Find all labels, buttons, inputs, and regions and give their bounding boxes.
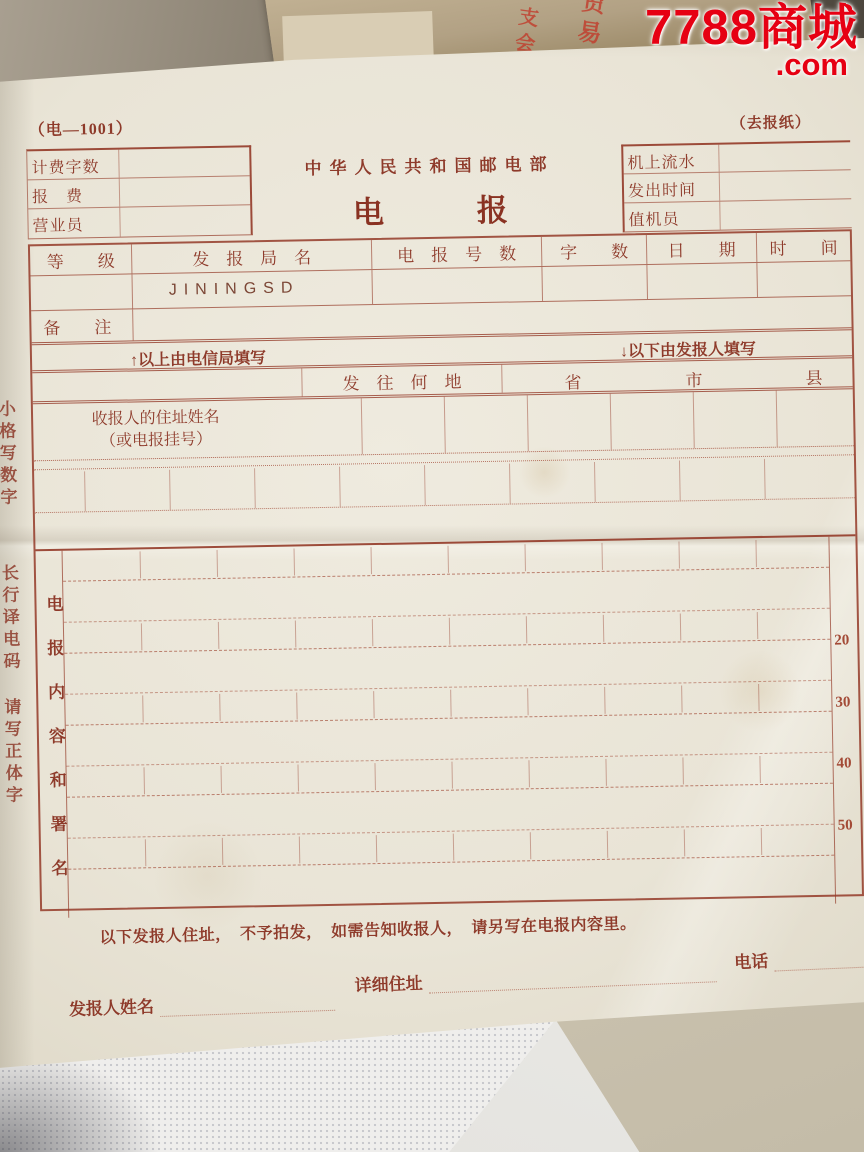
recipient-grid: [278, 389, 854, 456]
fee-field: [120, 176, 250, 206]
content-label-column: 电报内容和署名: [36, 551, 70, 918]
billed-chars-field: [119, 147, 249, 177]
operator-field: [720, 199, 851, 230]
row-number-20: 20: [834, 632, 849, 649]
sender-name-line: 发报人姓名: [68, 985, 359, 1020]
dotted-line: [429, 978, 717, 993]
grade-field: [30, 274, 133, 310]
filled-by-sender-note: ↓以下由发报人填写: [620, 336, 756, 361]
col-telegram-number: 电 报 号 数: [372, 237, 543, 269]
send-time-label: 发出时间: [624, 173, 720, 202]
phone-line: 电话: [734, 942, 864, 973]
destination-label: 发 往 何 地: [302, 365, 502, 397]
filled-by-office-note: ↑以上由电信局填写: [130, 345, 266, 370]
content-line: [68, 825, 835, 911]
sender-name-label: 发报人姓名: [68, 992, 154, 1020]
billed-chars-label: 计费字数: [27, 150, 119, 180]
dotted-line: [160, 1007, 335, 1017]
clerk-label: 营业员: [28, 208, 121, 239]
telegram-form: （电—1001） （去报纸） 计费字数 报 费 营业员 中华人民共和国邮电部 电…: [0, 0, 864, 1152]
table-row: 营业员: [28, 205, 250, 238]
sending-station-value: JININGSD: [132, 270, 373, 308]
telegram-number-field: [372, 267, 543, 304]
operator-label: 值机员: [624, 201, 721, 231]
margin-note-code: 长行译电码: [0, 564, 23, 674]
sender-address-label: 详细住址: [354, 969, 423, 997]
county-label: 县: [805, 364, 822, 389]
main-form-table: 等 级 发 报 局 名 电 报 号 数 字 数 日 期 时 间 JININGSD…: [28, 229, 864, 911]
address-write-row: [34, 446, 855, 549]
row-number-column: 20 30 40 50: [828, 536, 862, 903]
char-count-field: [542, 265, 648, 301]
fee-label: 报 费: [28, 179, 120, 209]
serial-label: 机上流水: [623, 145, 719, 174]
page-title: 电 报: [262, 183, 599, 234]
photo-of-telegram-form: 贸易 支会 （电—1001） （去报纸） 计费字数 报 费 营业员 中华人民共和…: [0, 0, 864, 1152]
department-title: 中华人民共和国邮电部: [261, 149, 597, 180]
message-content-area: 电报内容和署名: [35, 534, 862, 918]
date-field: [647, 263, 758, 299]
recipient-label: 收报人的住址姓名 （或电报挂号）: [33, 400, 279, 460]
phone-label: 电话: [734, 947, 769, 973]
table-row: 报 费: [28, 176, 250, 209]
remark-label: 备 注: [31, 309, 134, 342]
clerk-field: [120, 205, 251, 236]
form-code: （电—1001）: [29, 115, 133, 140]
margin-note-digits: 小格写数字: [0, 400, 20, 510]
sender-address-line: 详细住址: [354, 957, 735, 997]
col-grade: 等 级: [30, 244, 133, 275]
office-fee-box: 计费字数 报 费 营业员: [26, 145, 253, 239]
content-grid: [63, 537, 836, 918]
watermark-brand: 7788商城: [538, 4, 858, 53]
table-row: 计费字数: [27, 147, 249, 180]
dotted-line: [775, 964, 864, 972]
col-time: 时 间: [757, 231, 851, 262]
province-label: 省: [564, 368, 581, 393]
margin-note-block-letters: 请写正体字: [0, 698, 25, 808]
table-row: 机上流水: [623, 142, 850, 174]
table-row: 值机员: [624, 199, 851, 231]
col-char-count: 字 数: [542, 235, 648, 266]
col-sending-office: 发 报 局 名: [132, 240, 372, 273]
destination-blank-cell: [32, 368, 302, 401]
row-number-30: 30: [835, 694, 850, 711]
city-label: 市: [685, 366, 702, 391]
region-labels: 省 市 县: [502, 358, 852, 392]
serial-field: [719, 142, 850, 172]
row-number-50: 50: [838, 817, 853, 834]
row-number-40: 40: [836, 755, 851, 772]
table-row: 发出时间: [624, 171, 851, 203]
site-watermark: 7788商城 .com: [538, 4, 858, 80]
machine-record-box: 机上流水 发出时间 值机员: [621, 140, 852, 232]
time-field: [757, 261, 851, 297]
send-time-field: [720, 171, 851, 201]
recipient-label-line2: （或电报挂号）: [33, 428, 278, 454]
address-cells-strip: [34, 454, 855, 513]
col-date: 日 期: [647, 233, 758, 264]
corner-note: （去报纸）: [731, 111, 811, 133]
